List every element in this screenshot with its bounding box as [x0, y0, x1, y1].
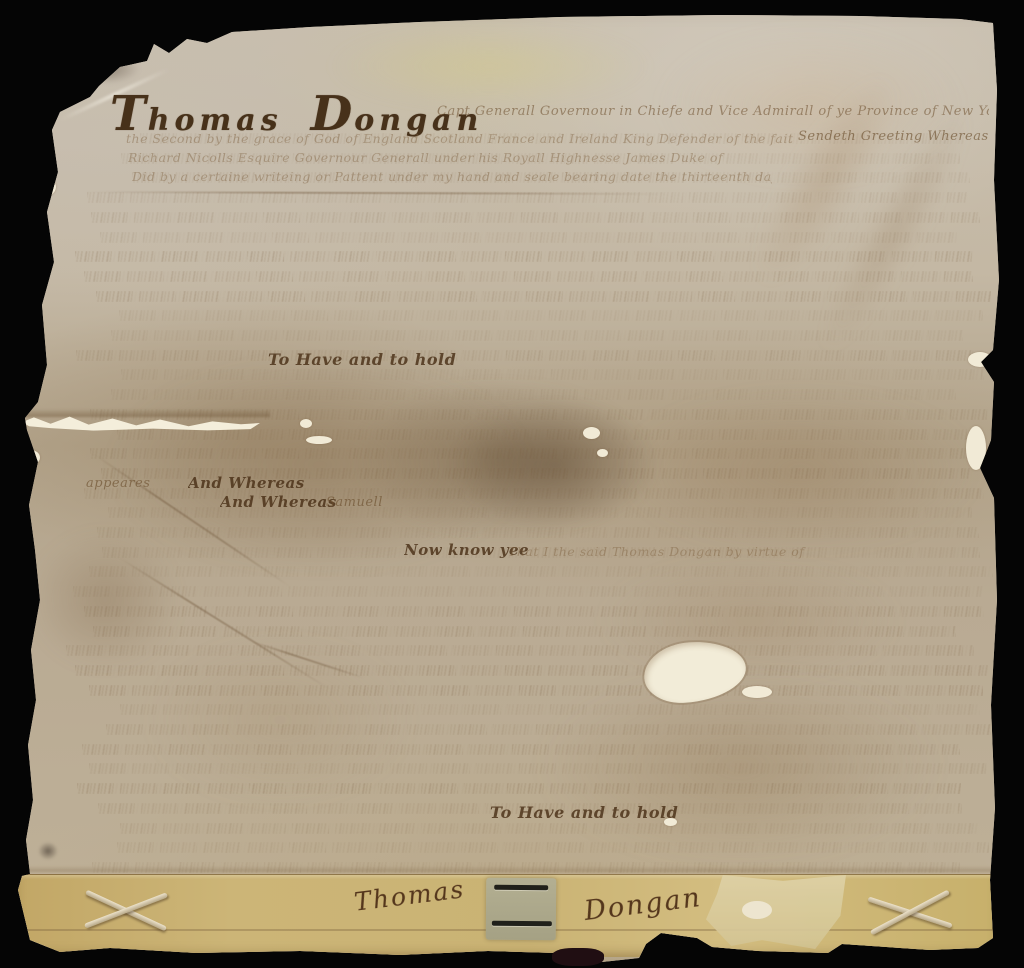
script-phrase: appeares [86, 476, 150, 491]
edge-chip [966, 426, 986, 470]
black-mount: ThomasDongan Capt Generall Governour in … [0, 0, 1024, 968]
plica-torn-patch [706, 875, 846, 949]
legible-phrases-layer: the Second by the grace of God of Englan… [0, 0, 1024, 968]
script-phrase: the Second by the grace of God of Englan… [126, 131, 794, 146]
lace-arm [870, 890, 950, 936]
signature-dongan: Dongan [583, 882, 704, 927]
edge-chip [968, 352, 992, 367]
damage-speck [583, 427, 600, 439]
tear-shadow [20, 409, 270, 417]
signature-thomas: Thomas [353, 874, 467, 916]
damage-speck [742, 686, 772, 698]
script-phrase: And Whereas [220, 493, 337, 511]
parchment-lace-stitch-right [863, 885, 958, 942]
damage-speck [597, 449, 608, 457]
script-phrase: To Have and to hold [268, 350, 456, 369]
script-phrase: That I the said Thomas Dongan by virtue … [508, 544, 808, 559]
plica-tear-spot [742, 901, 772, 919]
script-phrase: Samuell [326, 495, 383, 510]
edge-chip [24, 176, 56, 198]
seal-tag-patch [486, 878, 557, 941]
script-phrase: To Have and to hold [490, 803, 678, 822]
mount-blot [552, 948, 604, 966]
damage-speck [664, 818, 677, 826]
script-phrase: Sendeth Greeting Whereas [798, 129, 989, 144]
plica-fold: Thomas Dongan [16, 874, 996, 957]
damage-speck [300, 419, 312, 428]
parchment-document: ThomasDongan Capt Generall Governour in … [0, 0, 1024, 968]
edge-chip [22, 450, 40, 465]
script-phrase: Richard Nicolls Esquire Governour Genera… [128, 150, 728, 165]
seal-slit [494, 885, 548, 890]
damage-speck [306, 436, 332, 444]
script-phrase: And Whereas [188, 474, 305, 492]
script-phrase: Did by a certaine writeing or Pattent un… [132, 169, 772, 184]
seal-slit [492, 921, 552, 927]
parchment-lace-stitch-left [78, 882, 173, 940]
